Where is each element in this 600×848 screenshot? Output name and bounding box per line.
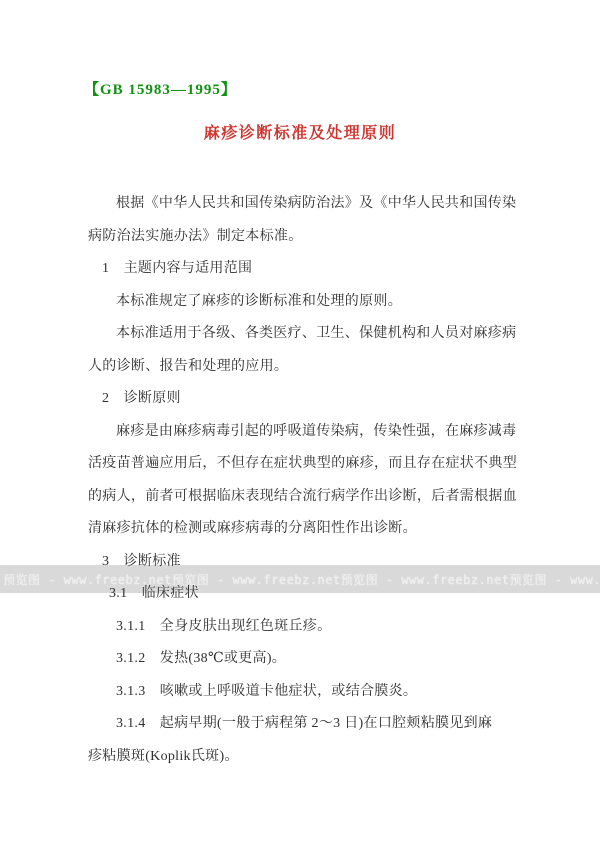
document-line: 3.1.4 起病早期(一般于病程第 2～3 日)在口腔颊粘膜见到麻 — [88, 708, 518, 741]
watermark-text: 预览图 - www.freebz.net — [509, 571, 600, 588]
document-line: 本标准适用于各级、各类医疗、卫生、保健机构和人员对麻疹病 — [88, 318, 518, 351]
document-line: 3.1.1 全身皮肤出现红色斑丘疹。 — [88, 611, 518, 644]
document-line: 的病人，前者可根据临床表现结合流行病学作出诊断，后者需根据血 — [88, 481, 518, 514]
document-line: 麻疹是由麻疹病毒引起的呼吸道传染病，传染性强，在麻疹减毒 — [88, 416, 518, 449]
document-line: 3.1.3 咳嗽或上呼吸道卡他症状，或结合膜炎。 — [88, 676, 518, 709]
page-title: 麻疹诊断标准及处理原则 — [0, 120, 600, 143]
document-line: 清麻疹抗体的检测或麻疹病毒的分离阳性作出诊断。 — [88, 513, 518, 546]
document-line: 2 诊断原则 — [88, 383, 518, 416]
document-line: 活疫苗普遍应用后，不但存在症状典型的麻疹，而且存在症状不典型 — [88, 448, 518, 481]
document-line: 病防治法实施办法》制定本标准。 — [88, 221, 518, 254]
document-line: 3.1 临床症状 — [88, 578, 518, 611]
standard-code: 【GB 15983—1995】 — [84, 78, 237, 99]
document-line: 本标准规定了麻疹的诊断标准和处理的原则。 — [88, 286, 518, 319]
document-line: 3 诊断标准 — [88, 546, 518, 579]
document-line: 人的诊断、报告和处理的应用。 — [88, 351, 518, 384]
document-page: 【GB 15983—1995】 麻疹诊断标准及处理原则 预览图 - www.fr… — [0, 0, 600, 848]
document-line: 疹粘膜斑(Koplik氏斑)。 — [88, 741, 518, 774]
document-line: 根据《中华人民共和国传染病防治法》及《中华人民共和国传染 — [88, 188, 518, 221]
document-body: 根据《中华人民共和国传染病防治法》及《中华人民共和国传染病防治法实施办法》制定本… — [88, 188, 518, 773]
document-line: 1 主题内容与适用范围 — [88, 253, 518, 286]
document-line: 3.1.2 发热(38℃或更高)。 — [88, 643, 518, 676]
